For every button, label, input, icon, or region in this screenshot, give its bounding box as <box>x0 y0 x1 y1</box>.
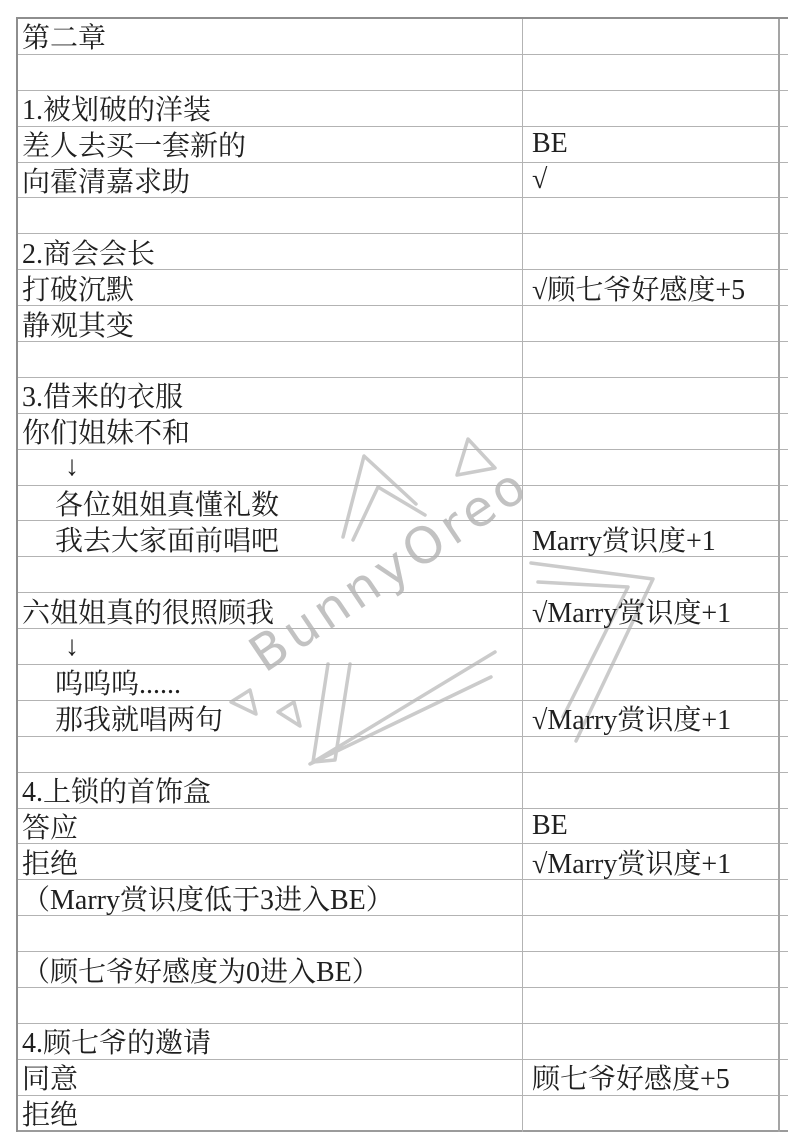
result-cell: √ <box>522 163 788 198</box>
table-row: 打破沉默√顾七爷好感度+5 <box>16 270 788 306</box>
choice-cell: 六姐姐真的很照顾我 <box>16 593 522 628</box>
result-cell <box>522 916 788 951</box>
choice-cell: 各位姐姐真懂礼数 <box>16 486 522 521</box>
choice-cell <box>16 916 522 951</box>
table-row <box>16 916 788 952</box>
choice-cell <box>16 55 522 90</box>
choice-cell: 我去大家面前唱吧 <box>16 521 522 556</box>
column-divider <box>522 19 523 1132</box>
result-cell: 顾七爷好感度+5 <box>522 1060 788 1095</box>
table-row: 那我就唱两句√Marry赏识度+1 <box>16 701 788 737</box>
result-cell: √Marry赏识度+1 <box>522 701 788 736</box>
table-row: 答应BE <box>16 809 788 845</box>
choice-cell: 4.上锁的首饰盒 <box>16 773 522 808</box>
result-cell <box>522 988 788 1023</box>
table-row: （Marry赏识度低于3进入BE） <box>16 880 788 916</box>
result-cell <box>522 306 788 341</box>
result-cell <box>522 486 788 521</box>
choice-cell: 2.商会会长 <box>16 234 522 269</box>
result-cell <box>522 234 788 269</box>
table-row: 差人去买一套新的BE <box>16 127 788 163</box>
result-cell: Marry赏识度+1 <box>522 521 788 556</box>
choice-cell <box>16 988 522 1023</box>
choice-cell <box>16 198 522 233</box>
result-cell <box>522 378 788 413</box>
table-row: ↓ <box>16 450 788 486</box>
table-row: 同意顾七爷好感度+5 <box>16 1060 788 1096</box>
result-cell: √顾七爷好感度+5 <box>522 270 788 305</box>
result-cell <box>522 952 788 987</box>
document-page: BunnyOreo 第二章1.被划破的洋装差人去买一套新的BE向霍清嘉求助√2.… <box>0 0 796 1148</box>
choice-cell: 静观其变 <box>16 306 522 341</box>
table-row <box>16 737 788 773</box>
rows: 第二章1.被划破的洋装差人去买一套新的BE向霍清嘉求助√2.商会会长打破沉默√顾… <box>16 19 788 1132</box>
flow-arrow-down-icon: ↓ <box>16 450 522 485</box>
choice-cell: 4.顾七爷的邀请 <box>16 1024 522 1059</box>
choice-cell: 你们姐妹不和 <box>16 414 522 449</box>
choice-cell: 1.被划破的洋装 <box>16 91 522 126</box>
choices-table: 第二章1.被划破的洋装差人去买一套新的BE向霍清嘉求助√2.商会会长打破沉默√顾… <box>16 17 788 1132</box>
choice-cell: 呜呜呜...... <box>16 665 522 700</box>
table-row <box>16 557 788 593</box>
result-cell <box>522 773 788 808</box>
table-row: 六姐姐真的很照顾我√Marry赏识度+1 <box>16 593 788 629</box>
table-row: 2.商会会长 <box>16 234 788 270</box>
choice-cell: 打破沉默 <box>16 270 522 305</box>
table-row: 1.被划破的洋装 <box>16 91 788 127</box>
table-row: 第二章 <box>16 19 788 55</box>
result-cell <box>522 629 788 664</box>
result-cell <box>522 198 788 233</box>
table-row: 呜呜呜...... <box>16 665 788 701</box>
table-row: 拒绝√Marry赏识度+1 <box>16 844 788 880</box>
choice-cell: 答应 <box>16 809 522 844</box>
choice-cell: 差人去买一套新的 <box>16 127 522 162</box>
result-cell <box>522 91 788 126</box>
result-cell: √Marry赏识度+1 <box>522 593 788 628</box>
result-cell <box>522 55 788 90</box>
choice-cell: 第二章 <box>16 19 522 54</box>
table-row: 3.借来的衣服 <box>16 378 788 414</box>
table-row: 我去大家面前唱吧Marry赏识度+1 <box>16 521 788 557</box>
flow-arrow-down-icon: ↓ <box>16 629 522 664</box>
choice-cell <box>16 557 522 592</box>
result-cell <box>522 19 788 54</box>
result-cell <box>522 414 788 449</box>
choice-cell: 拒绝 <box>16 1096 522 1130</box>
table-row: 4.上锁的首饰盒 <box>16 773 788 809</box>
table-row: 向霍清嘉求助√ <box>16 163 788 199</box>
table-row: （顾七爷好感度为0进入BE） <box>16 952 788 988</box>
choice-cell <box>16 737 522 772</box>
result-cell <box>522 342 788 377</box>
table-row: 4.顾七爷的邀请 <box>16 1024 788 1060</box>
result-cell: BE <box>522 127 788 162</box>
table-row: 你们姐妹不和 <box>16 414 788 450</box>
result-cell <box>522 557 788 592</box>
table-row <box>16 55 788 91</box>
result-cell: √Marry赏识度+1 <box>522 844 788 879</box>
table-right-border <box>778 19 780 1132</box>
table-row <box>16 988 788 1024</box>
choice-cell: 向霍清嘉求助 <box>16 163 522 198</box>
result-cell <box>522 450 788 485</box>
table-row: 各位姐姐真懂礼数 <box>16 486 788 522</box>
choice-cell: 同意 <box>16 1060 522 1095</box>
table-row <box>16 198 788 234</box>
result-cell <box>522 1096 788 1130</box>
table-row: ↓ <box>16 629 788 665</box>
result-cell: BE <box>522 809 788 844</box>
result-cell <box>522 665 788 700</box>
table-row: 拒绝 <box>16 1096 788 1132</box>
table-left-border <box>16 19 18 1132</box>
choice-cell: （Marry赏识度低于3进入BE） <box>16 880 522 915</box>
result-cell <box>522 737 788 772</box>
result-cell <box>522 1024 788 1059</box>
table-row: 静观其变 <box>16 306 788 342</box>
choice-cell <box>16 342 522 377</box>
choice-cell: （顾七爷好感度为0进入BE） <box>16 952 522 987</box>
choice-cell: 那我就唱两句 <box>16 701 522 736</box>
choice-cell: 拒绝 <box>16 844 522 879</box>
result-cell <box>522 880 788 915</box>
choice-cell: 3.借来的衣服 <box>16 378 522 413</box>
table-row <box>16 342 788 378</box>
